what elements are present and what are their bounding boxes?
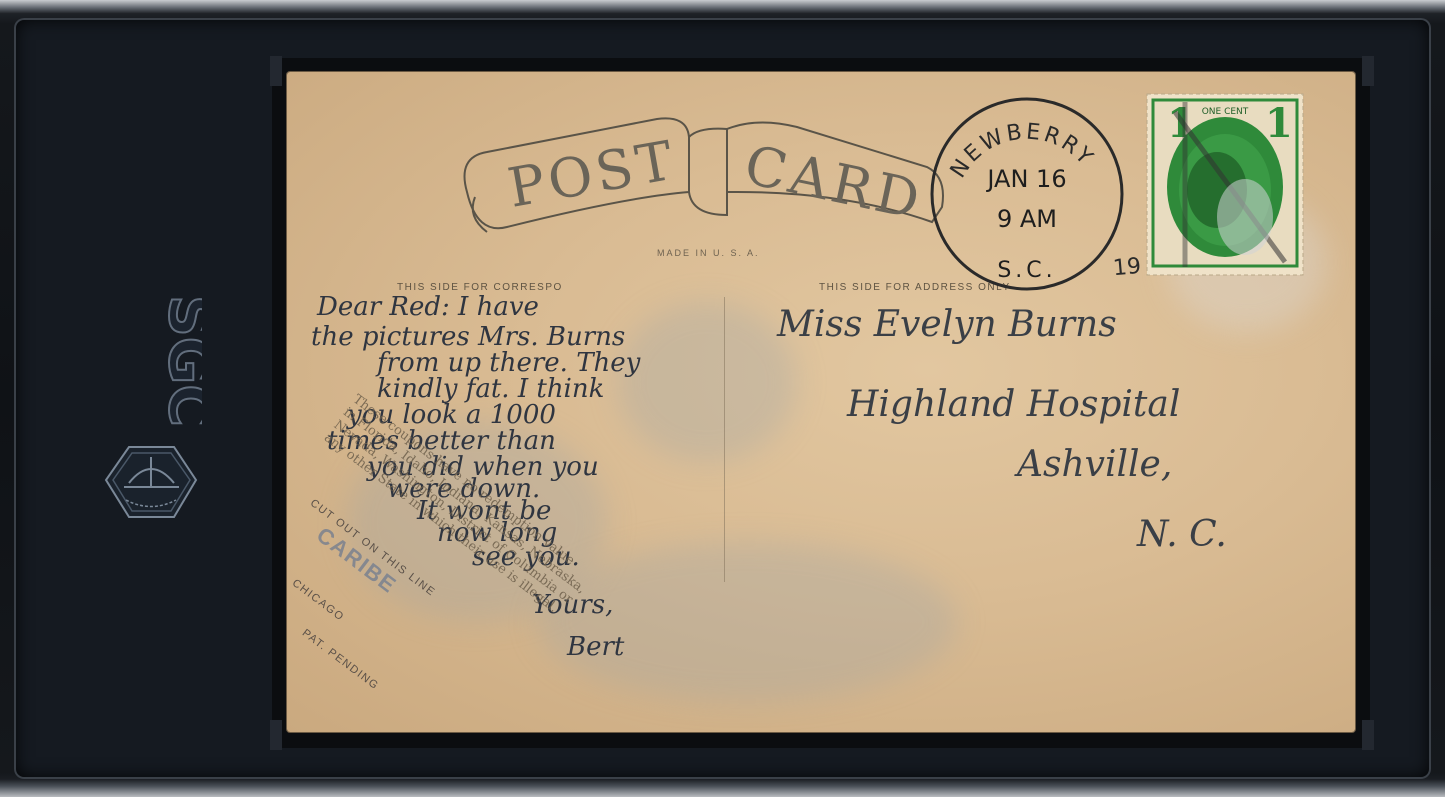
svg-text:CARD: CARD	[739, 133, 928, 232]
address-line: N. C.	[1137, 514, 1227, 555]
holder-tab	[1362, 56, 1374, 86]
post-card-banner: POST CARD	[427, 97, 947, 247]
address-line: Ashville,	[1017, 444, 1172, 485]
postmark: NEWBERRY JAN 16 9 AM S.C.	[927, 92, 1132, 297]
franklin-one-cent-stamp: 1 1 ONE CENT	[1145, 92, 1305, 277]
address-line: Highland Hospital	[847, 384, 1180, 425]
postcard: POST CARD MADE IN U. S. A. THIS SIDE FOR…	[287, 72, 1355, 732]
svg-text:9 AM: 9 AM	[997, 205, 1057, 233]
holder-tab	[270, 720, 282, 750]
slab-top-edge	[0, 0, 1445, 14]
postmark-year: 19	[1112, 254, 1142, 281]
svg-text:POST: POST	[503, 128, 681, 219]
made-in-usa: MADE IN U. S. A.	[657, 248, 760, 258]
holder-tab	[1362, 720, 1374, 750]
grading-slab: SGC	[0, 0, 1445, 797]
svg-text:SGC: SGC	[156, 295, 202, 427]
svg-text:S.C.: S.C.	[997, 258, 1056, 283]
svg-text:ONE CENT: ONE CENT	[1202, 107, 1249, 117]
message-line: Bert	[567, 632, 624, 662]
center-divider	[724, 297, 725, 582]
svg-text:JAN 16: JAN 16	[985, 165, 1066, 193]
address-line: Miss Evelyn Burns	[777, 304, 1117, 345]
coupon-patent: PAT. PENDING	[300, 627, 381, 692]
baseball-emblem-icon	[106, 447, 196, 517]
coupon-city: CHICAGO	[290, 577, 347, 624]
svg-text:1: 1	[1265, 100, 1293, 147]
sgc-logo: SGC	[98, 285, 202, 525]
holder-tab	[270, 56, 282, 86]
slab-bottom-edge	[0, 779, 1445, 797]
message-line: Dear Red: I have	[317, 292, 539, 322]
